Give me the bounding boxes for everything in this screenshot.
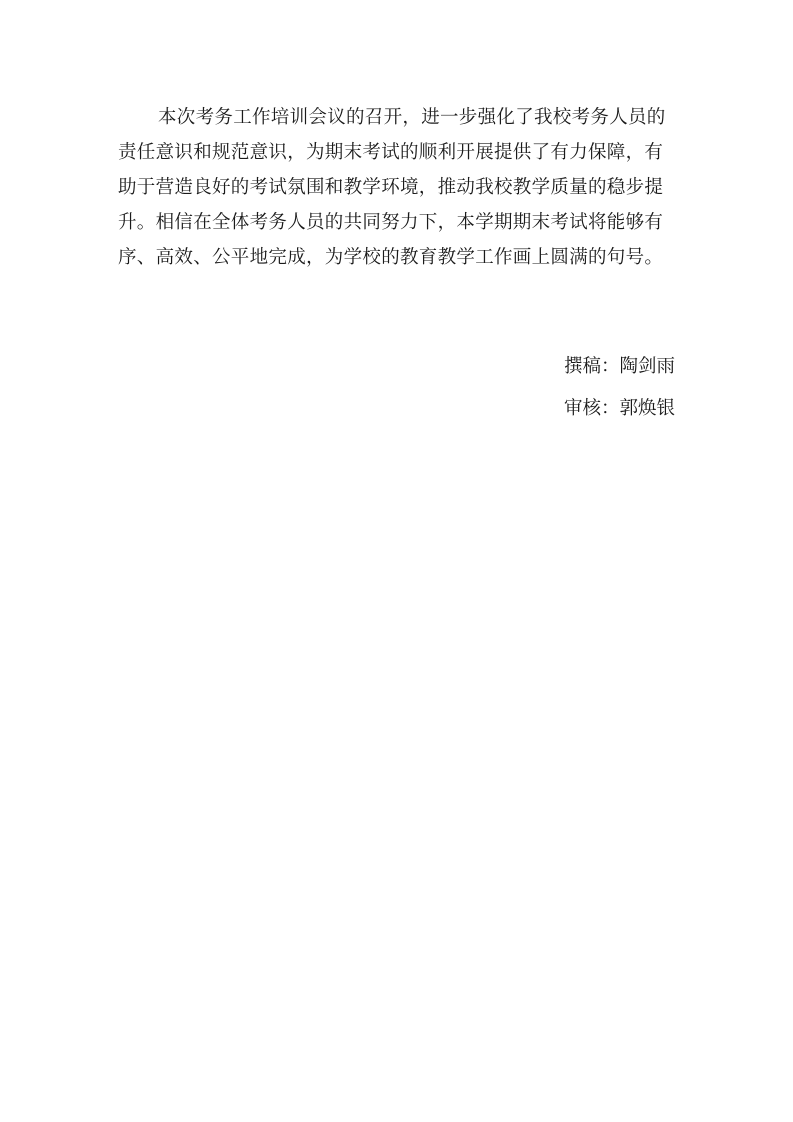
paragraph-line: 本次考务工作培训会议的召开，进一步强化了我校考务人员的 bbox=[118, 100, 678, 135]
paragraph-line: 序、高效、公平地完成，为学校的教育教学工作画上圆满的句号。 bbox=[118, 240, 678, 275]
closing-paragraph: 本次考务工作培训会议的召开，进一步强化了我校考务人员的 责任意识和规范意识，为期… bbox=[118, 100, 678, 275]
signature-reviewer: 审核：郭焕银 bbox=[564, 398, 675, 420]
document-page: 本次考务工作培训会议的召开，进一步强化了我校考务人员的 责任意识和规范意识，为期… bbox=[0, 0, 793, 1122]
paragraph-line: 助于营造良好的考试氛围和教学环境，推动我校教学质量的稳步提 bbox=[118, 170, 678, 205]
signature-writer: 撰稿：陶剑雨 bbox=[564, 356, 675, 378]
paragraph-line: 责任意识和规范意识，为期末考试的顺利开展提供了有力保障，有 bbox=[118, 135, 678, 170]
paragraph-line: 升。相信在全体考务人员的共同努力下，本学期期末考试将能够有 bbox=[118, 205, 678, 240]
